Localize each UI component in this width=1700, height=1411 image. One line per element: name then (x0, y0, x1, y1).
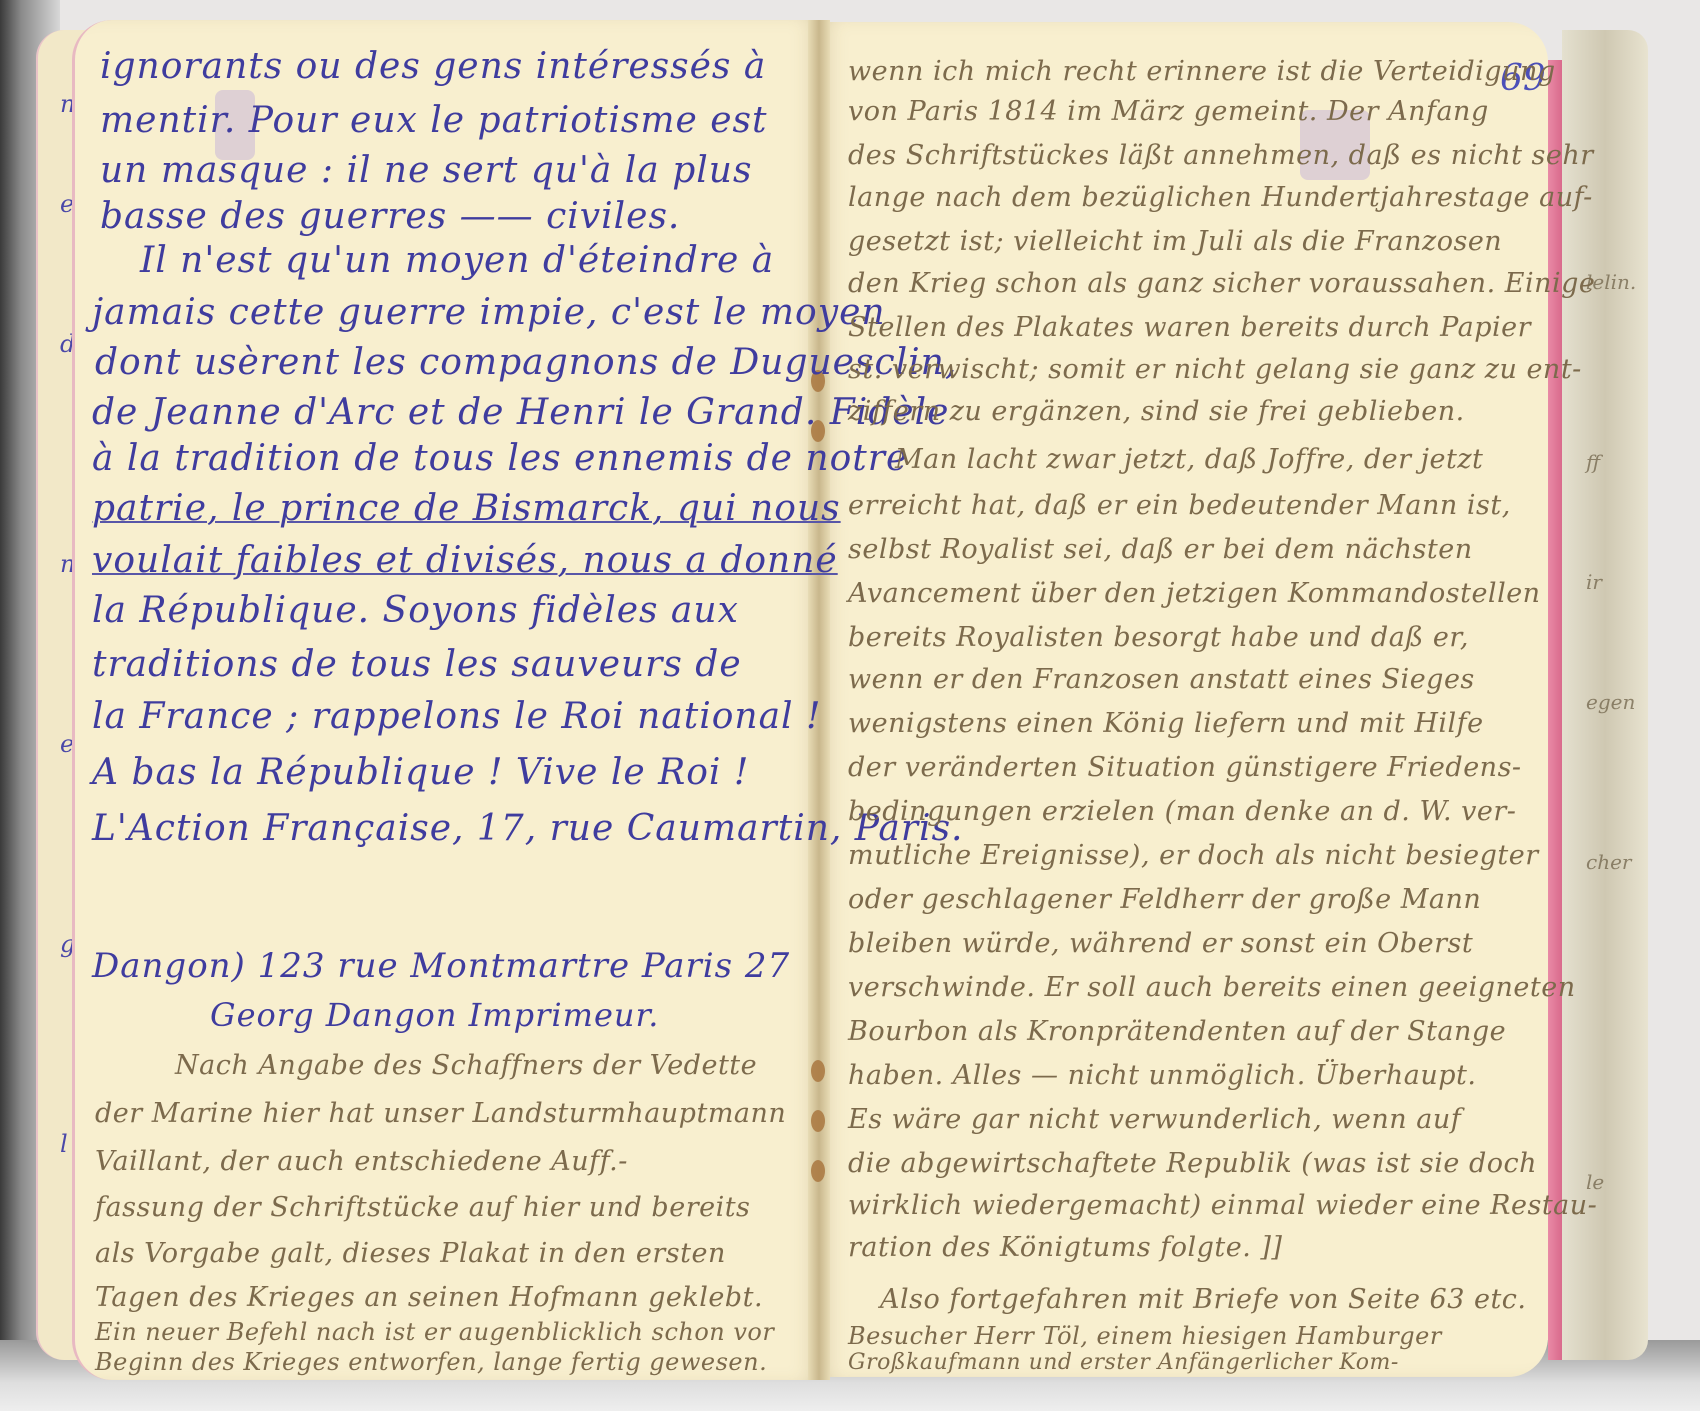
german-line: ration des Königtums folgte. ]] (848, 1232, 1282, 1263)
binding-stitch (811, 1060, 825, 1082)
german-line: als Vorgabe galt, dieses Plakat in den e… (95, 1238, 726, 1269)
german-line: Stellen des Plakates waren bereits durch… (848, 312, 1531, 343)
german-line: wenn er den Franzosen anstatt eines Sieg… (848, 664, 1475, 695)
german-line: Ein neuer Befehl nach ist er augenblickl… (95, 1318, 774, 1346)
german-line: Besucher Herr Töl, einem hiesigen Hambur… (848, 1322, 1442, 1350)
margin-fragment: ir (1586, 570, 1602, 594)
page-stack-edge: lelin. ff ir egen cher le (1562, 30, 1648, 1360)
margin-fragment: cher (1586, 850, 1631, 874)
german-line: Großkaufmann und erster Anfängerlicher K… (848, 1350, 1399, 1375)
french-line: la France ; rappelons le Roi national ! (92, 696, 821, 737)
german-line: st. verwischt; somit er nicht gelang sie… (848, 354, 1582, 385)
german-line: Bourbon als Kronprätendenten auf der Sta… (848, 1016, 1506, 1047)
german-line: Es wäre gar nicht verwunderlich, wenn au… (848, 1104, 1461, 1135)
german-line: der Marine hier hat unser Landsturmhaupt… (95, 1098, 786, 1129)
french-line: mentir. Pour eux le patriotisme est (100, 100, 767, 141)
german-line: der veränderten Situation günstigere Fri… (848, 752, 1522, 783)
german-line: oder geschlagener Feldherr der große Man… (848, 884, 1481, 915)
german-line: Beginn des Krieges entworfen, lange fert… (95, 1348, 767, 1376)
german-line: die abgewirtschaftete Republik (was ist … (848, 1148, 1537, 1179)
german-line: wenigstens einen König liefern und mit H… (848, 708, 1484, 739)
german-line: ziffern zu ergänzen, sind sie frei gebli… (848, 396, 1465, 427)
french-line-signature: L'Action Française, 17, rue Caumartin, P… (92, 808, 964, 849)
german-line: den Krieg schon als ganz sicher voraussa… (848, 268, 1595, 299)
binding-stitch (811, 1110, 825, 1132)
french-line: jamais cette guerre impie, c'est le moye… (92, 292, 886, 333)
margin-fragment: l (60, 1130, 68, 1158)
printer-name: Georg Dangon Imprimeur. (210, 996, 659, 1034)
german-line: verschwinde. Er soll auch bereits einen … (848, 972, 1576, 1003)
french-line: ignorants ou des gens intéressés à (100, 46, 766, 87)
german-line: Also fortgefahren mit Briefe von Seite 6… (880, 1284, 1527, 1315)
french-line: basse des guerres —— civiles. (100, 196, 680, 237)
german-line: Man lacht zwar jetzt, daß Joffre, der je… (895, 444, 1483, 475)
german-line: selbst Royalist sei, daß er bei dem näch… (848, 534, 1473, 565)
french-line: à la tradition de tous les ennemis de no… (92, 438, 908, 479)
binding-stitch (811, 1160, 825, 1182)
margin-fragment: egen (1586, 690, 1635, 714)
german-line: von Paris 1814 im März gemeint. Der Anfa… (848, 96, 1489, 127)
german-line: fassung der Schriftstücke auf hier und b… (95, 1192, 750, 1223)
printer-address: Dangon) 123 rue Montmartre Paris 27 (92, 946, 790, 986)
german-line: gesetzt ist; vielleicht im Juli als die … (848, 226, 1502, 257)
french-line: un masque : il ne sert qu'à la plus (100, 150, 752, 191)
french-line: dont usèrent les compagnons de Duguescli… (95, 342, 957, 383)
german-line: Nach Angabe des Schaffners der Vedette (175, 1050, 757, 1081)
french-line: Il n'est qu'un moyen d'éteindre à (140, 240, 774, 281)
french-line-underlined: voulait faibles et divisés, nous a donné (92, 540, 838, 581)
german-line: bleiben würde, während er sonst ein Ober… (848, 928, 1473, 959)
german-line: erreicht hat, daß er ein bedeutender Man… (848, 490, 1511, 521)
german-line: bereits Royalisten besorgt habe und daß … (848, 622, 1469, 653)
german-line: Vaillant, der auch entschiedene Auff.- (95, 1146, 628, 1177)
german-line: lange nach dem bezüglichen Hundertjahres… (848, 182, 1593, 213)
page-edge-pink (1548, 60, 1562, 1360)
german-line: Avancement über den jetzigen Kommandoste… (848, 578, 1541, 609)
german-line: Tagen des Krieges an seinen Hofmann gekl… (95, 1282, 763, 1313)
margin-fragment: ff (1586, 450, 1600, 474)
french-line: A bas la République ! Vive le Roi ! (92, 752, 749, 793)
german-line: wirklich wiedergemacht) einmal wieder ei… (848, 1190, 1597, 1221)
german-line: wenn ich mich recht erinnere ist die Ver… (848, 56, 1556, 87)
german-line: haben. Alles — nicht unmöglich. Überhaup… (848, 1060, 1476, 1091)
german-line: mutliche Ereignisse), er doch als nicht … (848, 840, 1539, 871)
german-line: des Schriftstückes läßt annehmen, daß es… (848, 140, 1594, 171)
german-line: bedingungen erzielen (man denke an d. W.… (848, 796, 1516, 827)
french-line-underlined: patrie, le prince de Bismarck, qui nous (92, 488, 841, 529)
french-line: de Jeanne d'Arc et de Henri le Grand. Fi… (92, 392, 949, 433)
french-line: traditions de tous les sauveurs de (92, 644, 742, 685)
french-line: la République. Soyons fidèles aux (92, 590, 739, 631)
